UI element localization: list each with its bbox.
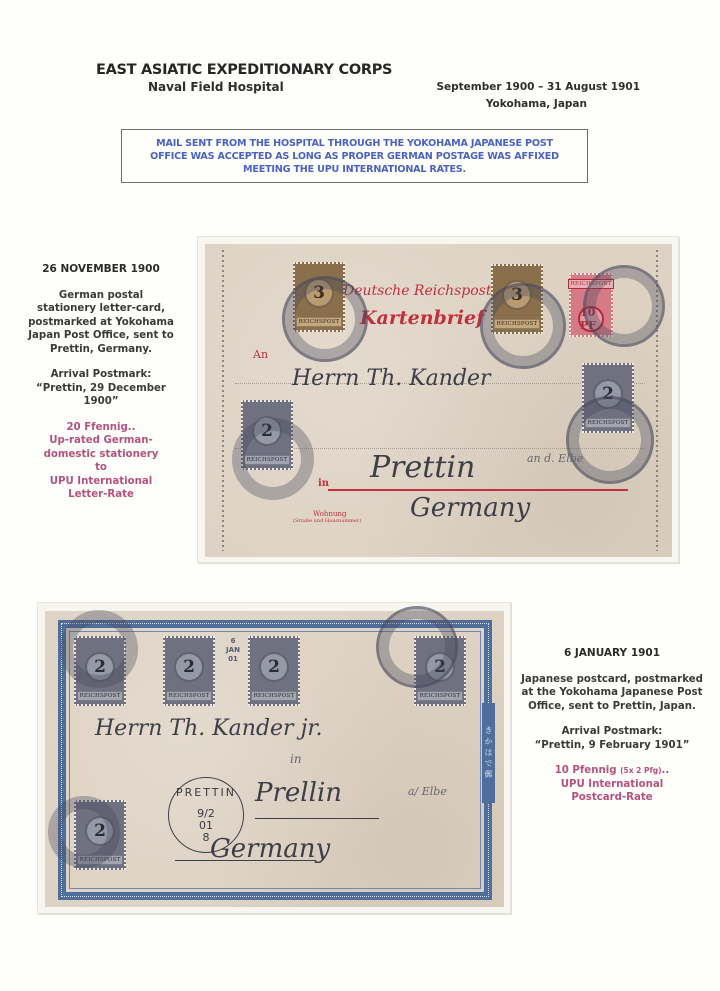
rate-line: UPU International: [28, 475, 174, 489]
item-description: German postal stationery letter-card, po…: [28, 289, 174, 357]
rate-note: 10 Pfennig (5x 2 Pfg).. UPU Internationa…: [520, 764, 704, 805]
date-range: September 1900 – 31 August 1901: [390, 81, 640, 93]
item-date: 26 NOVEMBER 1900: [28, 263, 174, 277]
rate-line: to: [28, 461, 174, 475]
arrival-value: “Prettin, 29 December 1900”: [28, 382, 174, 409]
postmark-town: PRETTIN: [169, 786, 243, 799]
rate-line: domestic stationery: [28, 448, 174, 462]
yokohama-cancel-faint: [60, 610, 138, 688]
yokohama-cancel: [282, 276, 368, 362]
address-town: Prellin: [255, 778, 342, 808]
address-town-note: a/ Elbe: [408, 785, 447, 798]
arrival-label: Arrival Postmark:: [28, 368, 174, 382]
yokohama-cancel: [376, 606, 458, 688]
address-in: in: [290, 752, 302, 766]
arrival-label: Arrival Postmark:: [520, 725, 704, 739]
rate-small: (5x 2 Pfg): [620, 766, 661, 775]
printed-an: An: [253, 348, 268, 361]
rate-note: 20 Ffennig.. Up-rated German- domestic s…: [28, 421, 174, 502]
address-town: Prettin: [370, 450, 475, 485]
yokohama-datestamp: 6 JAN 01: [226, 637, 240, 677]
stamp-2pf-3: 2 REICHSPOST: [248, 636, 300, 706]
address-line-red: [328, 489, 628, 491]
printed-header: Deutsche Reichspost: [343, 283, 491, 299]
stamp-label: REICHSPOST: [417, 691, 464, 701]
notice-line: MAIL SENT FROM THE HOSPITAL THROUGH THE …: [156, 137, 553, 150]
stamp-value: 2: [174, 652, 204, 682]
item-description: Japanese postcard, postmarked at the Yok…: [520, 673, 704, 714]
address-name: Herrn Th. Kander: [292, 366, 491, 391]
printed-title: Kartenbrief: [360, 307, 484, 329]
rate-line: Postcard-Rate: [520, 791, 704, 805]
item-date: 6 JANUARY 1901: [520, 647, 704, 661]
stamp-label: REICHSPOST: [77, 691, 124, 701]
page-subtitle: Naval Field Hospital: [148, 80, 348, 94]
postcard-side-panel: きかはで郵: [482, 703, 495, 803]
printed-wohnung: Wohnung: [313, 510, 346, 518]
stamp-2pf-2: 2 REICHSPOST: [163, 636, 215, 706]
address-country: Germany: [410, 493, 530, 523]
notice-line: OFFICE WAS ACCEPTED AS LONG AS PROPER GE…: [150, 150, 559, 163]
stamp-value: 2: [259, 652, 289, 682]
address-name: Herrn Th. Kander jr.: [95, 716, 322, 741]
rate-line: 20 Ffennig..: [28, 421, 174, 435]
arrival-value: “Prettin, 9 February 1901”: [520, 739, 704, 753]
yokohama-cancel: [566, 396, 654, 484]
notice-line: MEETING THE UPU INTERNATIONAL RATES.: [243, 163, 466, 176]
location: Yokohama, Japan: [440, 98, 587, 110]
address-town-note: an d. Elbe: [527, 452, 583, 465]
yokohama-cancel: [583, 265, 665, 347]
stamp-label: REICHSPOST: [166, 691, 213, 701]
rate-suffix: ..: [662, 765, 670, 776]
rate-line: UPU International: [520, 778, 704, 792]
yokohama-cancel-faint: [48, 796, 120, 868]
item-caption-1: 26 NOVEMBER 1900 German postal stationer…: [28, 263, 174, 502]
underline: [175, 860, 315, 861]
yokohama-cancel-faint: [232, 418, 314, 500]
underline: [255, 818, 379, 819]
perforation: [222, 250, 224, 551]
notice-box: MAIL SENT FROM THE HOSPITAL THROUGH THE …: [121, 129, 588, 183]
page-title: EAST ASIATIC EXPEDITIONARY CORPS: [96, 62, 396, 78]
rate-main: 10 Pfennig: [555, 765, 617, 776]
rate-line: Letter-Rate: [28, 488, 174, 502]
printed-in: in: [318, 478, 329, 489]
yokohama-cancel: [480, 283, 566, 369]
rate-line: 10 Pfennig (5x 2 Pfg)..: [520, 764, 704, 778]
item-caption-2: 6 JANUARY 1901 Japanese postcard, postma…: [520, 647, 704, 805]
rate-line: Up-rated German-: [28, 434, 174, 448]
printed-wohnung-sub: (Straße und Hausnummer): [293, 518, 361, 524]
stamp-label: REICHSPOST: [251, 691, 298, 701]
